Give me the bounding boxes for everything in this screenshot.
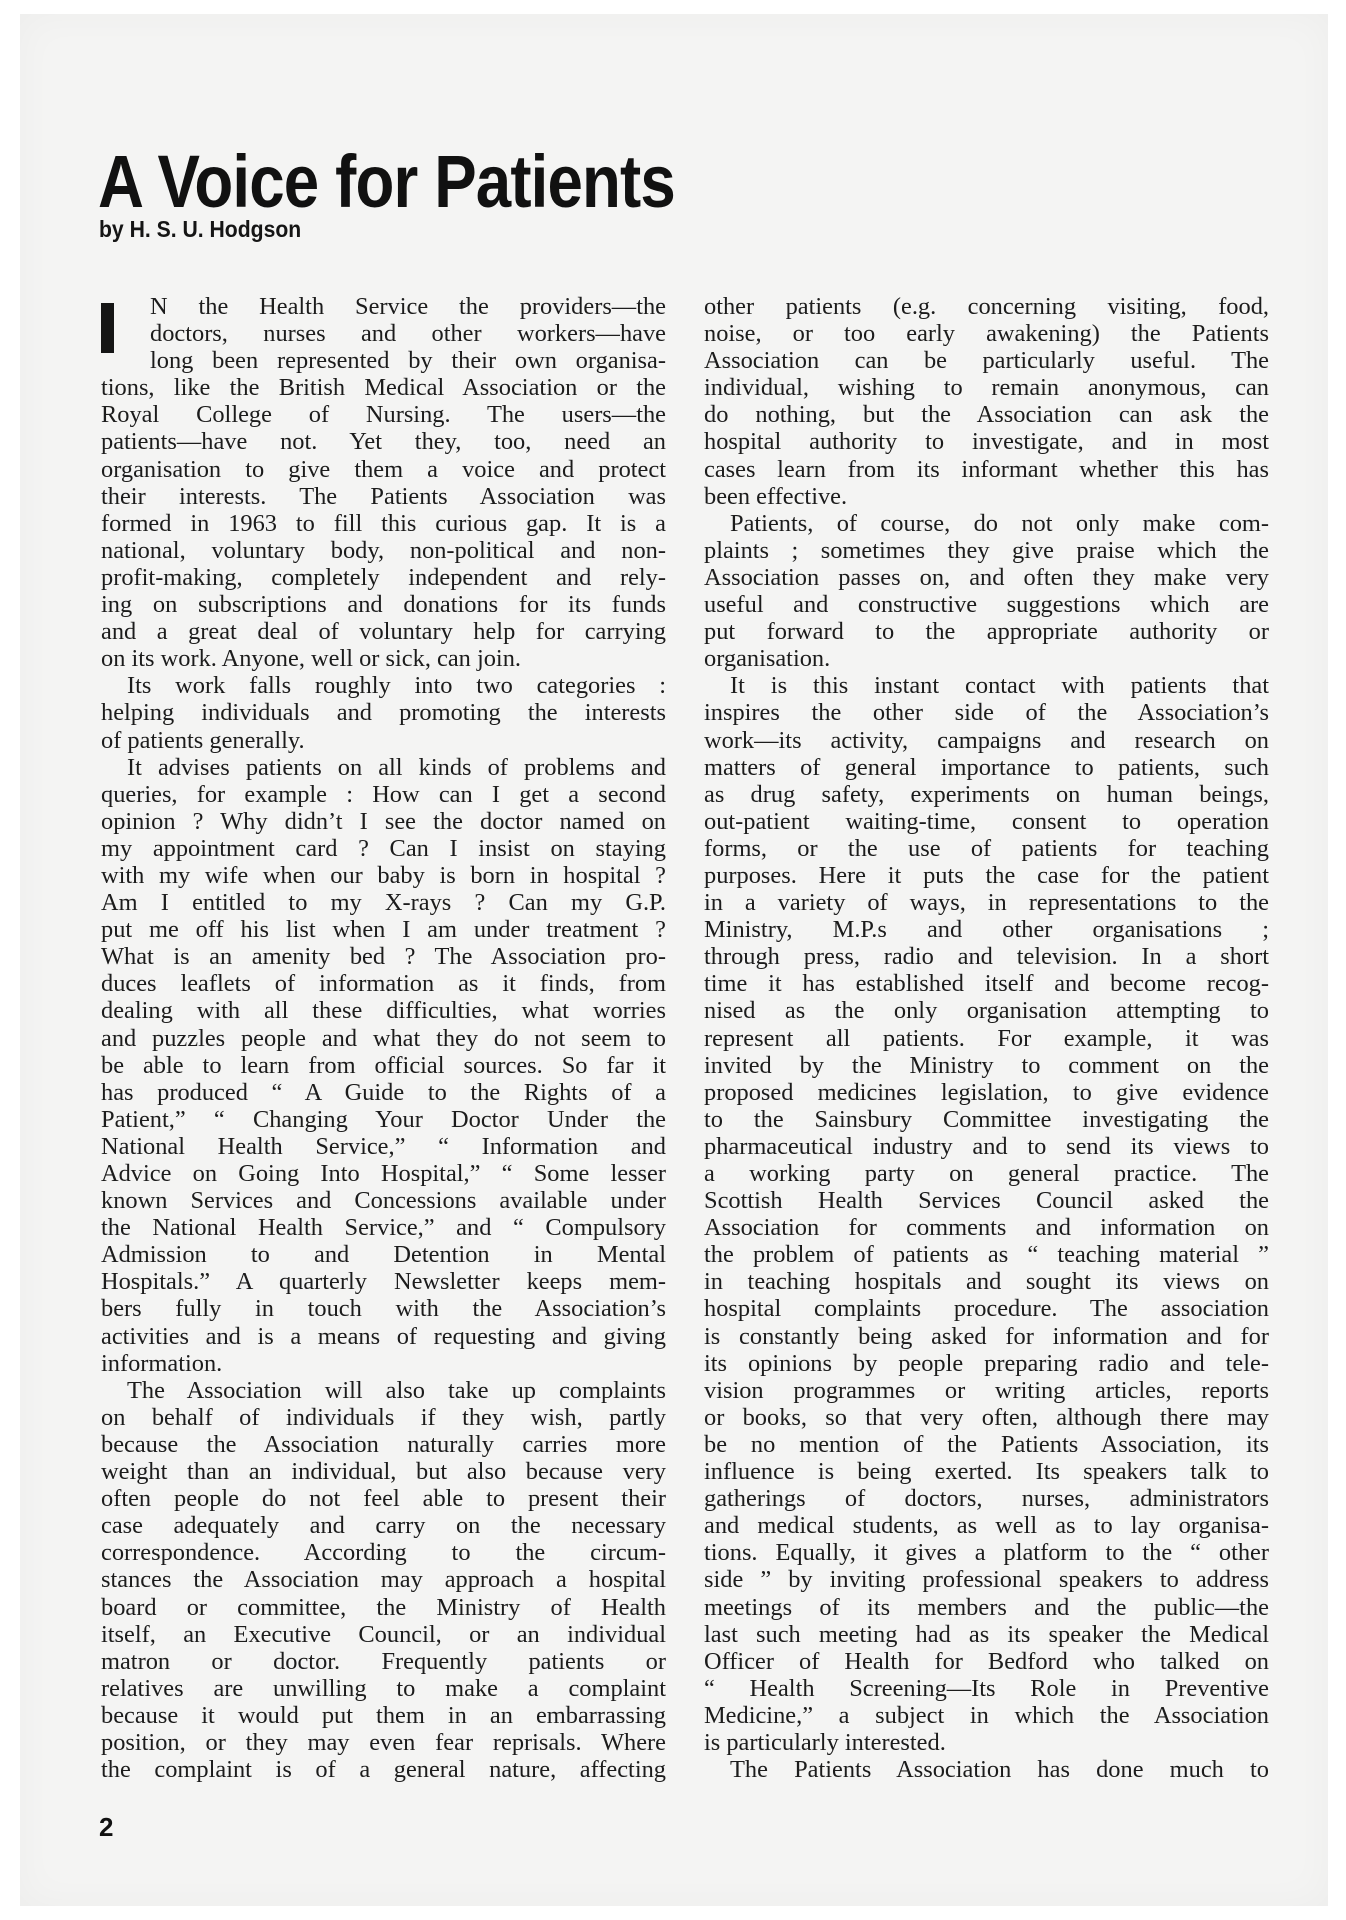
- text-line: correspondence. According to the circum-: [101, 1539, 666, 1566]
- text-line: organisation to give them a voice and pr…: [101, 456, 666, 483]
- text-line: patients—have not. Yet they, too, need a…: [101, 428, 666, 455]
- right-text-column: other patients (e.g. concerning visiting…: [704, 293, 1269, 1783]
- text-line: position, or they may even fear reprisal…: [101, 1729, 666, 1756]
- text-line: and a great deal of voluntary help for c…: [101, 618, 666, 645]
- text-line: It is this instant contact with patients…: [704, 672, 1269, 699]
- text-line: Scottish Health Services Council asked t…: [704, 1187, 1269, 1214]
- text-line: known Services and Concessions available…: [101, 1187, 666, 1214]
- text-line: Association can be particularly useful. …: [704, 347, 1269, 374]
- text-line: purposes. Here it puts the case for the …: [704, 862, 1269, 889]
- text-line: gatherings of doctors, nurses, administr…: [704, 1485, 1269, 1512]
- text-line: to the Sainsbury Committee investigating…: [704, 1106, 1269, 1133]
- text-line: dealing with all these difficulties, wha…: [101, 997, 666, 1024]
- text-line: its opinions by people preparing radio a…: [704, 1350, 1269, 1377]
- text-line: be no mention of the Patients Associatio…: [704, 1431, 1269, 1458]
- text-line: National Health Service,” “ Information …: [101, 1133, 666, 1160]
- text-line: has produced “ A Guide to the Rights of …: [101, 1079, 666, 1106]
- text-line: hospital complaints procedure. The assoc…: [704, 1295, 1269, 1322]
- text-line: “ Health Screening—Its Role in Preventiv…: [704, 1675, 1269, 1702]
- text-line: is constantly being asked for informatio…: [704, 1323, 1269, 1350]
- text-line: matters of general importance to patient…: [704, 754, 1269, 781]
- text-line: helping individuals and promoting the in…: [101, 699, 666, 726]
- text-line: last such meeting had as its speaker the…: [704, 1621, 1269, 1648]
- text-line: inspires the other side of the Associati…: [704, 699, 1269, 726]
- text-line: pharmaceutical industry and to send its …: [704, 1133, 1269, 1160]
- text-line: itself, an Executive Council, or an indi…: [101, 1621, 666, 1648]
- text-line: as drug safety, experiments on human bei…: [704, 781, 1269, 808]
- text-line: Association passes on, and often they ma…: [704, 564, 1269, 591]
- text-line: a working party on general practice. The: [704, 1160, 1269, 1187]
- text-line: side ” by inviting professional speakers…: [704, 1566, 1269, 1593]
- text-line: be able to learn from official sources. …: [101, 1052, 666, 1079]
- text-line: useful and constructive suggestions whic…: [704, 591, 1269, 618]
- text-line: duces leaflets of information as it find…: [101, 970, 666, 997]
- article-byline: by H. S. U. Hodgson: [99, 216, 301, 243]
- text-line: organisation.: [704, 645, 1269, 672]
- text-line: proposed medicines legislation, to give …: [704, 1079, 1269, 1106]
- text-line: The Association will also take up compla…: [101, 1377, 666, 1404]
- text-line: of patients generally.: [101, 727, 666, 754]
- article-title: A Voice for Patients: [98, 145, 675, 219]
- text-line: noise, or too early awakening) the Patie…: [704, 320, 1269, 347]
- text-line: long been represented by their own organ…: [101, 347, 666, 374]
- text-line: because it would put them in an embarras…: [101, 1702, 666, 1729]
- text-line: Admission to and Detention in Mental: [101, 1241, 666, 1268]
- text-line: ing on subscriptions and donations for i…: [101, 591, 666, 618]
- text-line: Patients, of course, do not only make co…: [704, 510, 1269, 537]
- text-line: Advice on Going Into Hospital,” “ Some l…: [101, 1160, 666, 1187]
- text-line: other patients (e.g. concerning visiting…: [704, 293, 1269, 320]
- text-line: Medicine,” a subject in which the Associ…: [704, 1702, 1269, 1729]
- text-line: is particularly interested.: [704, 1729, 1269, 1756]
- text-line: Association for comments and information…: [704, 1214, 1269, 1241]
- text-line: formed in 1963 to fill this curious gap.…: [101, 510, 666, 537]
- text-line: individual, wishing to remain anonymous,…: [704, 374, 1269, 401]
- text-line: because the Association naturally carrie…: [101, 1431, 666, 1458]
- text-line: through press, radio and television. In …: [704, 943, 1269, 970]
- text-line: It advises patients on all kinds of prob…: [101, 754, 666, 781]
- text-line: influence is being exerted. Its speakers…: [704, 1458, 1269, 1485]
- text-line: put forward to the appropriate authority…: [704, 618, 1269, 645]
- text-line: invited by the Ministry to comment on th…: [704, 1052, 1269, 1079]
- text-line: meetings of its members and the public—t…: [704, 1594, 1269, 1621]
- text-line: Royal College of Nursing. The users—the: [101, 401, 666, 428]
- text-line: stances the Association may approach a h…: [101, 1566, 666, 1593]
- text-line: cases learn from its informant whether t…: [704, 456, 1269, 483]
- text-line: Hospitals.” A quarterly Newsletter keeps…: [101, 1268, 666, 1295]
- text-line: Am I entitled to my X-rays ? Can my G.P.: [101, 889, 666, 916]
- text-line: put me off his list when I am under trea…: [101, 916, 666, 943]
- text-line: hospital authority to investigate, and i…: [704, 428, 1269, 455]
- text-line: in a variety of ways, in representations…: [704, 889, 1269, 916]
- text-line: their interests. The Patients Associatio…: [101, 483, 666, 510]
- text-line: relatives are unwilling to make a compla…: [101, 1675, 666, 1702]
- text-line: national, voluntary body, non-political …: [101, 537, 666, 564]
- text-line: Officer of Health for Bedford who talked…: [704, 1648, 1269, 1675]
- text-line: on behalf of individuals if they wish, p…: [101, 1404, 666, 1431]
- text-line: weight than an individual, but also beca…: [101, 1458, 666, 1485]
- text-line: The Patients Association has done much t…: [704, 1756, 1269, 1783]
- text-line: bers fully in touch with the Association…: [101, 1295, 666, 1322]
- text-line: in teaching hospitals and sought its vie…: [704, 1268, 1269, 1295]
- text-line: N the Health Service the providers—the: [101, 293, 666, 320]
- text-line: information.: [101, 1350, 666, 1377]
- text-line: represent all patients. For example, it …: [704, 1025, 1269, 1052]
- text-line: on its work. Anyone, well or sick, can j…: [101, 645, 666, 672]
- text-line: my appointment card ? Can I insist on st…: [101, 835, 666, 862]
- text-line: out-patient waiting-time, consent to ope…: [704, 808, 1269, 835]
- text-line: Its work falls roughly into two categori…: [101, 672, 666, 699]
- left-text-column: N the Health Service the providers—thedo…: [101, 293, 666, 1783]
- text-line: Ministry, M.P.s and other organisations …: [704, 916, 1269, 943]
- text-line: the complaint is of a general nature, af…: [101, 1756, 666, 1783]
- text-line: with my wife when our baby is born in ho…: [101, 862, 666, 889]
- text-line: activities and is a means of requesting …: [101, 1323, 666, 1350]
- text-line: do nothing, but the Association can ask …: [704, 401, 1269, 428]
- text-line: and puzzles people and what they do not …: [101, 1025, 666, 1052]
- text-line: forms, or the use of patients for teachi…: [704, 835, 1269, 862]
- text-line: nised as the only organisation attemptin…: [704, 997, 1269, 1024]
- text-line: opinion ? Why didn’t I see the doctor na…: [101, 808, 666, 835]
- text-line: tions, like the British Medical Associat…: [101, 374, 666, 401]
- text-line: and medical students, as well as to lay …: [704, 1512, 1269, 1539]
- text-line: the National Health Service,” and “ Comp…: [101, 1214, 666, 1241]
- text-line: tions. Equally, it gives a platform to t…: [704, 1539, 1269, 1566]
- text-line: board or committee, the Ministry of Heal…: [101, 1594, 666, 1621]
- text-line: queries, for example : How can I get a s…: [101, 781, 666, 808]
- text-line: doctors, nurses and other workers—have: [101, 320, 666, 347]
- text-line: time it has established itself and becom…: [704, 970, 1269, 997]
- text-line: matron or doctor. Frequently patients or: [101, 1648, 666, 1675]
- text-line: vision programmes or writing articles, r…: [704, 1377, 1269, 1404]
- text-line: been effective.: [704, 483, 1269, 510]
- text-line: case adequately and carry on the necessa…: [101, 1512, 666, 1539]
- text-line: Patient,” “ Changing Your Doctor Under t…: [101, 1106, 666, 1133]
- text-line: work—its activity, campaigns and researc…: [704, 727, 1269, 754]
- page-number: 2: [99, 1812, 113, 1843]
- text-line: profit-making, completely independent an…: [101, 564, 666, 591]
- text-line: often people do not feel able to present…: [101, 1485, 666, 1512]
- text-line: What is an amenity bed ? The Association…: [101, 943, 666, 970]
- text-line: or books, so that very often, although t…: [704, 1404, 1269, 1431]
- text-line: plaints ; sometimes they give praise whi…: [704, 537, 1269, 564]
- text-line: the problem of patients as “ teaching ma…: [704, 1241, 1269, 1268]
